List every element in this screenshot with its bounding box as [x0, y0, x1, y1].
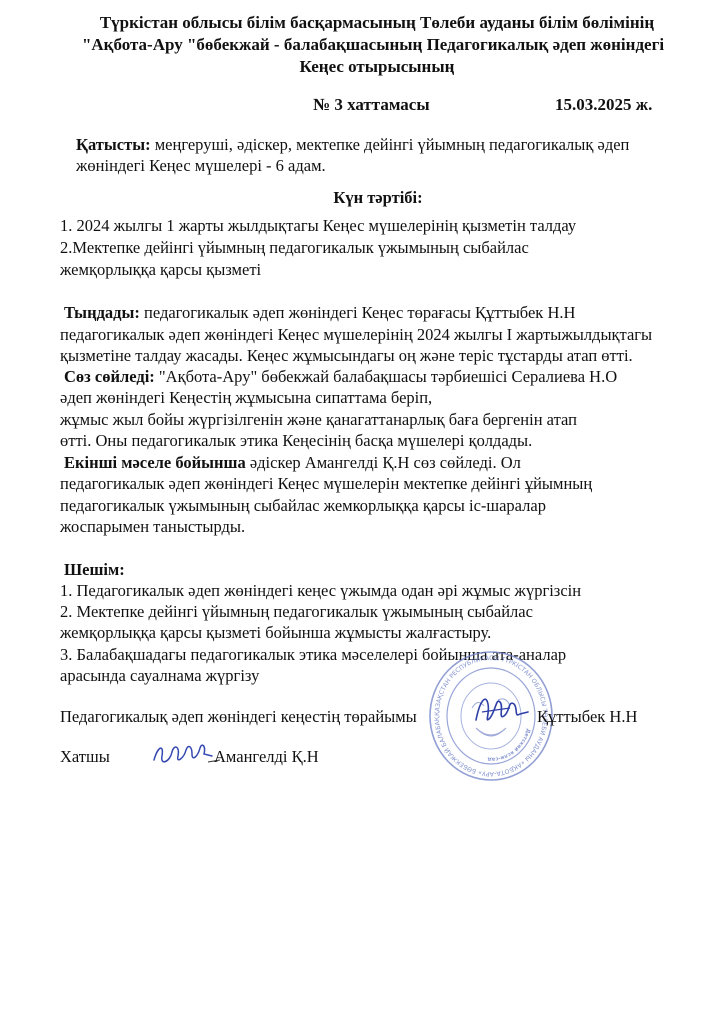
- heard-label: Тыңдады:: [64, 303, 140, 322]
- second-issue-line-2: педагогикалык әдеп жөніндегі Кеңес мүшел…: [60, 473, 592, 494]
- heard-line-3: қызметіне талдау жасады. Кеңес жұмысында…: [60, 345, 633, 366]
- header-line-1: Түркістан облысы білім басқармасының Төл…: [30, 12, 724, 34]
- secretary-name: Амангелді Қ.Н: [214, 746, 319, 767]
- spoke-line-4: өтті. Оны педагогикалык этика Кеңесінің …: [60, 430, 532, 451]
- attendance-text: меңгеруші, әдіскер, мектепке дейінгі үйы…: [151, 135, 630, 154]
- document-header: Түркістан облысы білім басқармасының Төл…: [0, 12, 724, 78]
- second-issue-line-3: педагогикалык үжымының сыбайлас жемкорлы…: [60, 495, 546, 516]
- spoke-text: "Ақбота-Ару" бөбекжай балабақшасы тәрбие…: [155, 367, 617, 386]
- decision-item-3-cont: арасында сауалнама жүргізу: [60, 665, 259, 686]
- chair-name: Құттыбек Н.Н: [537, 706, 637, 727]
- spoke-line-2: әдеп жөніндегі Кеңестің жұмысына сипатта…: [60, 387, 432, 408]
- decision-item-1: 1. Педагогикалык әдеп жөніндегі кеңес үж…: [60, 580, 581, 601]
- second-issue-label: Екінші мәселе бойынша: [64, 453, 246, 472]
- attendance-label: Қатысты:: [76, 135, 151, 154]
- second-issue-line-1: Екінші мәселе бойынша әдіскер Амангелді …: [64, 452, 521, 473]
- header-line-2: "Ақбота-Ару "бөбекжай - балабақшасының П…: [22, 34, 724, 56]
- heard-line-1: Тыңдады: педагогикалык әдеп жөніндегі Ке…: [64, 302, 575, 323]
- agenda-item-1: 1. 2024 жылгы 1 жарты жылдықтагы Кеңес м…: [60, 215, 576, 236]
- agenda-item-2: 2.Мектепке дейінгі үйымның педагогикалык…: [60, 237, 529, 258]
- agenda-title: Күн тәртібі:: [16, 187, 724, 208]
- secretary-signature: [150, 736, 220, 770]
- attendance-line-2: жөніндегі Кеңес мүшелері - 6 адам.: [76, 155, 326, 176]
- heard-text: педагогикалык әдеп жөніндегі Кеңес төрағ…: [140, 303, 576, 322]
- agenda-item-2-cont: жемқорлыққа қарсы қызметі: [60, 259, 261, 280]
- heard-line-2: педагогикалык әдеп жөніндегі Кеңес мүшел…: [60, 324, 652, 345]
- spoke-line-3: жұмыс жыл бойы жүргізілгенін және қанага…: [60, 409, 577, 430]
- attendance-line-1: Қатысты: меңгеруші, әдіскер, мектепке де…: [76, 134, 629, 155]
- header-line-3: Кеңес отырысының: [30, 56, 724, 78]
- spoke-label: Сөз сөйледі:: [64, 367, 155, 386]
- decision-item-2: 2. Мектепке дейінгі үйымның педагогикалы…: [60, 601, 533, 622]
- second-issue-line-4: жоспарымен таныстырды.: [60, 516, 245, 537]
- secretary-title: Хатшы: [60, 746, 110, 767]
- spoke-line-1: Сөз сөйледі: "Ақбота-Ару" бөбекжай балаб…: [64, 366, 617, 387]
- second-issue-text: әдіскер Амангелді Қ.Н сөз сөйледі. Ол: [246, 453, 521, 472]
- decision-item-2-cont: жемқорлыққа қарсы қызметі бойынша жұмыст…: [60, 622, 491, 643]
- chair-signature: [470, 690, 530, 730]
- protocol-date: 15.03.2025 ж.: [555, 94, 652, 115]
- protocol-number: № 3 хаттамасы: [313, 94, 430, 115]
- decision-label: Шешім:: [64, 559, 125, 580]
- chair-title: Педагогикалық әдеп жөніндегі кеңестің тө…: [60, 706, 417, 727]
